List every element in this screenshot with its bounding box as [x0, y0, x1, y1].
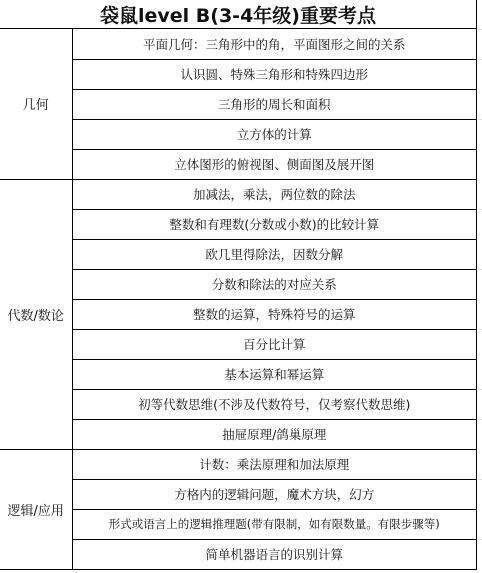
topic-cell[interactable]: 认识圆、特殊三角形和特殊四边形: [72, 59, 477, 89]
topic-cell[interactable]: 抽屉原理/鸽巢原理: [72, 419, 477, 449]
table-row: 代数/数论 加减法，乘法，两位数的除法: [0, 179, 477, 209]
gridline: [478, 209, 482, 210]
gridline: [478, 479, 482, 480]
topic-cell[interactable]: 基本运算和幂运算: [72, 359, 477, 389]
table-row: 立方体的计算: [0, 119, 477, 149]
gridline: [478, 389, 482, 390]
topic-cell[interactable]: 欧几里得除法，因数分解: [72, 239, 477, 269]
gridline: [478, 29, 482, 30]
table-row: 基本运算和幂运算: [0, 359, 477, 389]
gridline: [478, 59, 482, 60]
category-cell-algebra[interactable]: 代数/数论: [0, 179, 72, 449]
topic-cell[interactable]: 立方体的计算: [72, 119, 477, 149]
spreadsheet-table: 袋鼠level B(3-4年级)重要考点 几何 平面几何：三角形中的角，平面图形…: [0, 0, 477, 570]
gridline: [478, 419, 482, 420]
topic-cell[interactable]: 形式或语言上的逻辑推理题(带有限制，如有限数量。有限步骤等): [72, 509, 477, 539]
gridline: [478, 329, 482, 330]
topic-cell[interactable]: 方格内的逻辑问题，魔术方块，幻方: [72, 479, 477, 509]
topic-cell[interactable]: 计数：乘法原理和加法原理: [72, 449, 477, 479]
gridline: [478, 539, 482, 540]
topics-table: 几何 平面几何：三角形中的角，平面图形之间的关系 认识圆、特殊三角形和特殊四边形…: [0, 29, 477, 570]
gridline: [478, 119, 482, 120]
topic-cell[interactable]: 立体图形的俯视图、侧面图及展开图: [72, 149, 477, 179]
table-row: 欧几里得除法，因数分解: [0, 239, 477, 269]
table-row: 整数和有理数(分数或小数)的比较计算: [0, 209, 477, 239]
topic-cell[interactable]: 简单机器语言的识别计算: [72, 539, 477, 569]
topic-cell[interactable]: 初等代数思维(不涉及代数符号，仅考察代数思维): [72, 389, 477, 419]
category-cell-geometry[interactable]: 几何: [0, 29, 72, 179]
category-cell-logic[interactable]: 逻辑/应用: [0, 449, 72, 569]
topic-cell[interactable]: 加减法，乘法，两位数的除法: [72, 179, 477, 209]
table-row: 逻辑/应用 计数：乘法原理和加法原理: [0, 449, 477, 479]
table-row: 几何 平面几何：三角形中的角，平面图形之间的关系: [0, 29, 477, 59]
table-row: 方格内的逻辑问题，魔术方块，幻方: [0, 479, 477, 509]
table-row: 立体图形的俯视图、侧面图及展开图: [0, 149, 477, 179]
table-row: 三角形的周长和面积: [0, 89, 477, 119]
topic-cell[interactable]: 三角形的周长和面积: [72, 89, 477, 119]
table-row: 抽屉原理/鸽巢原理: [0, 419, 477, 449]
table-row: 简单机器语言的识别计算: [0, 539, 477, 569]
topic-cell[interactable]: 整数的运算，特殊符号的运算: [72, 299, 477, 329]
topic-cell[interactable]: 整数和有理数(分数或小数)的比较计算: [72, 209, 477, 239]
table-row: 分数和除法的对应关系: [0, 269, 477, 299]
topic-cell[interactable]: 平面几何：三角形中的角，平面图形之间的关系: [72, 29, 477, 59]
table-title[interactable]: 袋鼠level B(3-4年级)重要考点: [0, 0, 477, 29]
topic-cell[interactable]: 百分比计算: [72, 329, 477, 359]
table-row: 整数的运算，特殊符号的运算: [0, 299, 477, 329]
topic-cell[interactable]: 分数和除法的对应关系: [72, 269, 477, 299]
table-row: 百分比计算: [0, 329, 477, 359]
table-row: 形式或语言上的逻辑推理题(带有限制，如有限数量。有限步骤等): [0, 509, 477, 539]
table-row: 认识圆、特殊三角形和特殊四边形: [0, 59, 477, 89]
adjacent-gridlines: [478, 0, 482, 573]
table-row: 初等代数思维(不涉及代数符号，仅考察代数思维): [0, 389, 477, 419]
gridline: [478, 269, 482, 270]
